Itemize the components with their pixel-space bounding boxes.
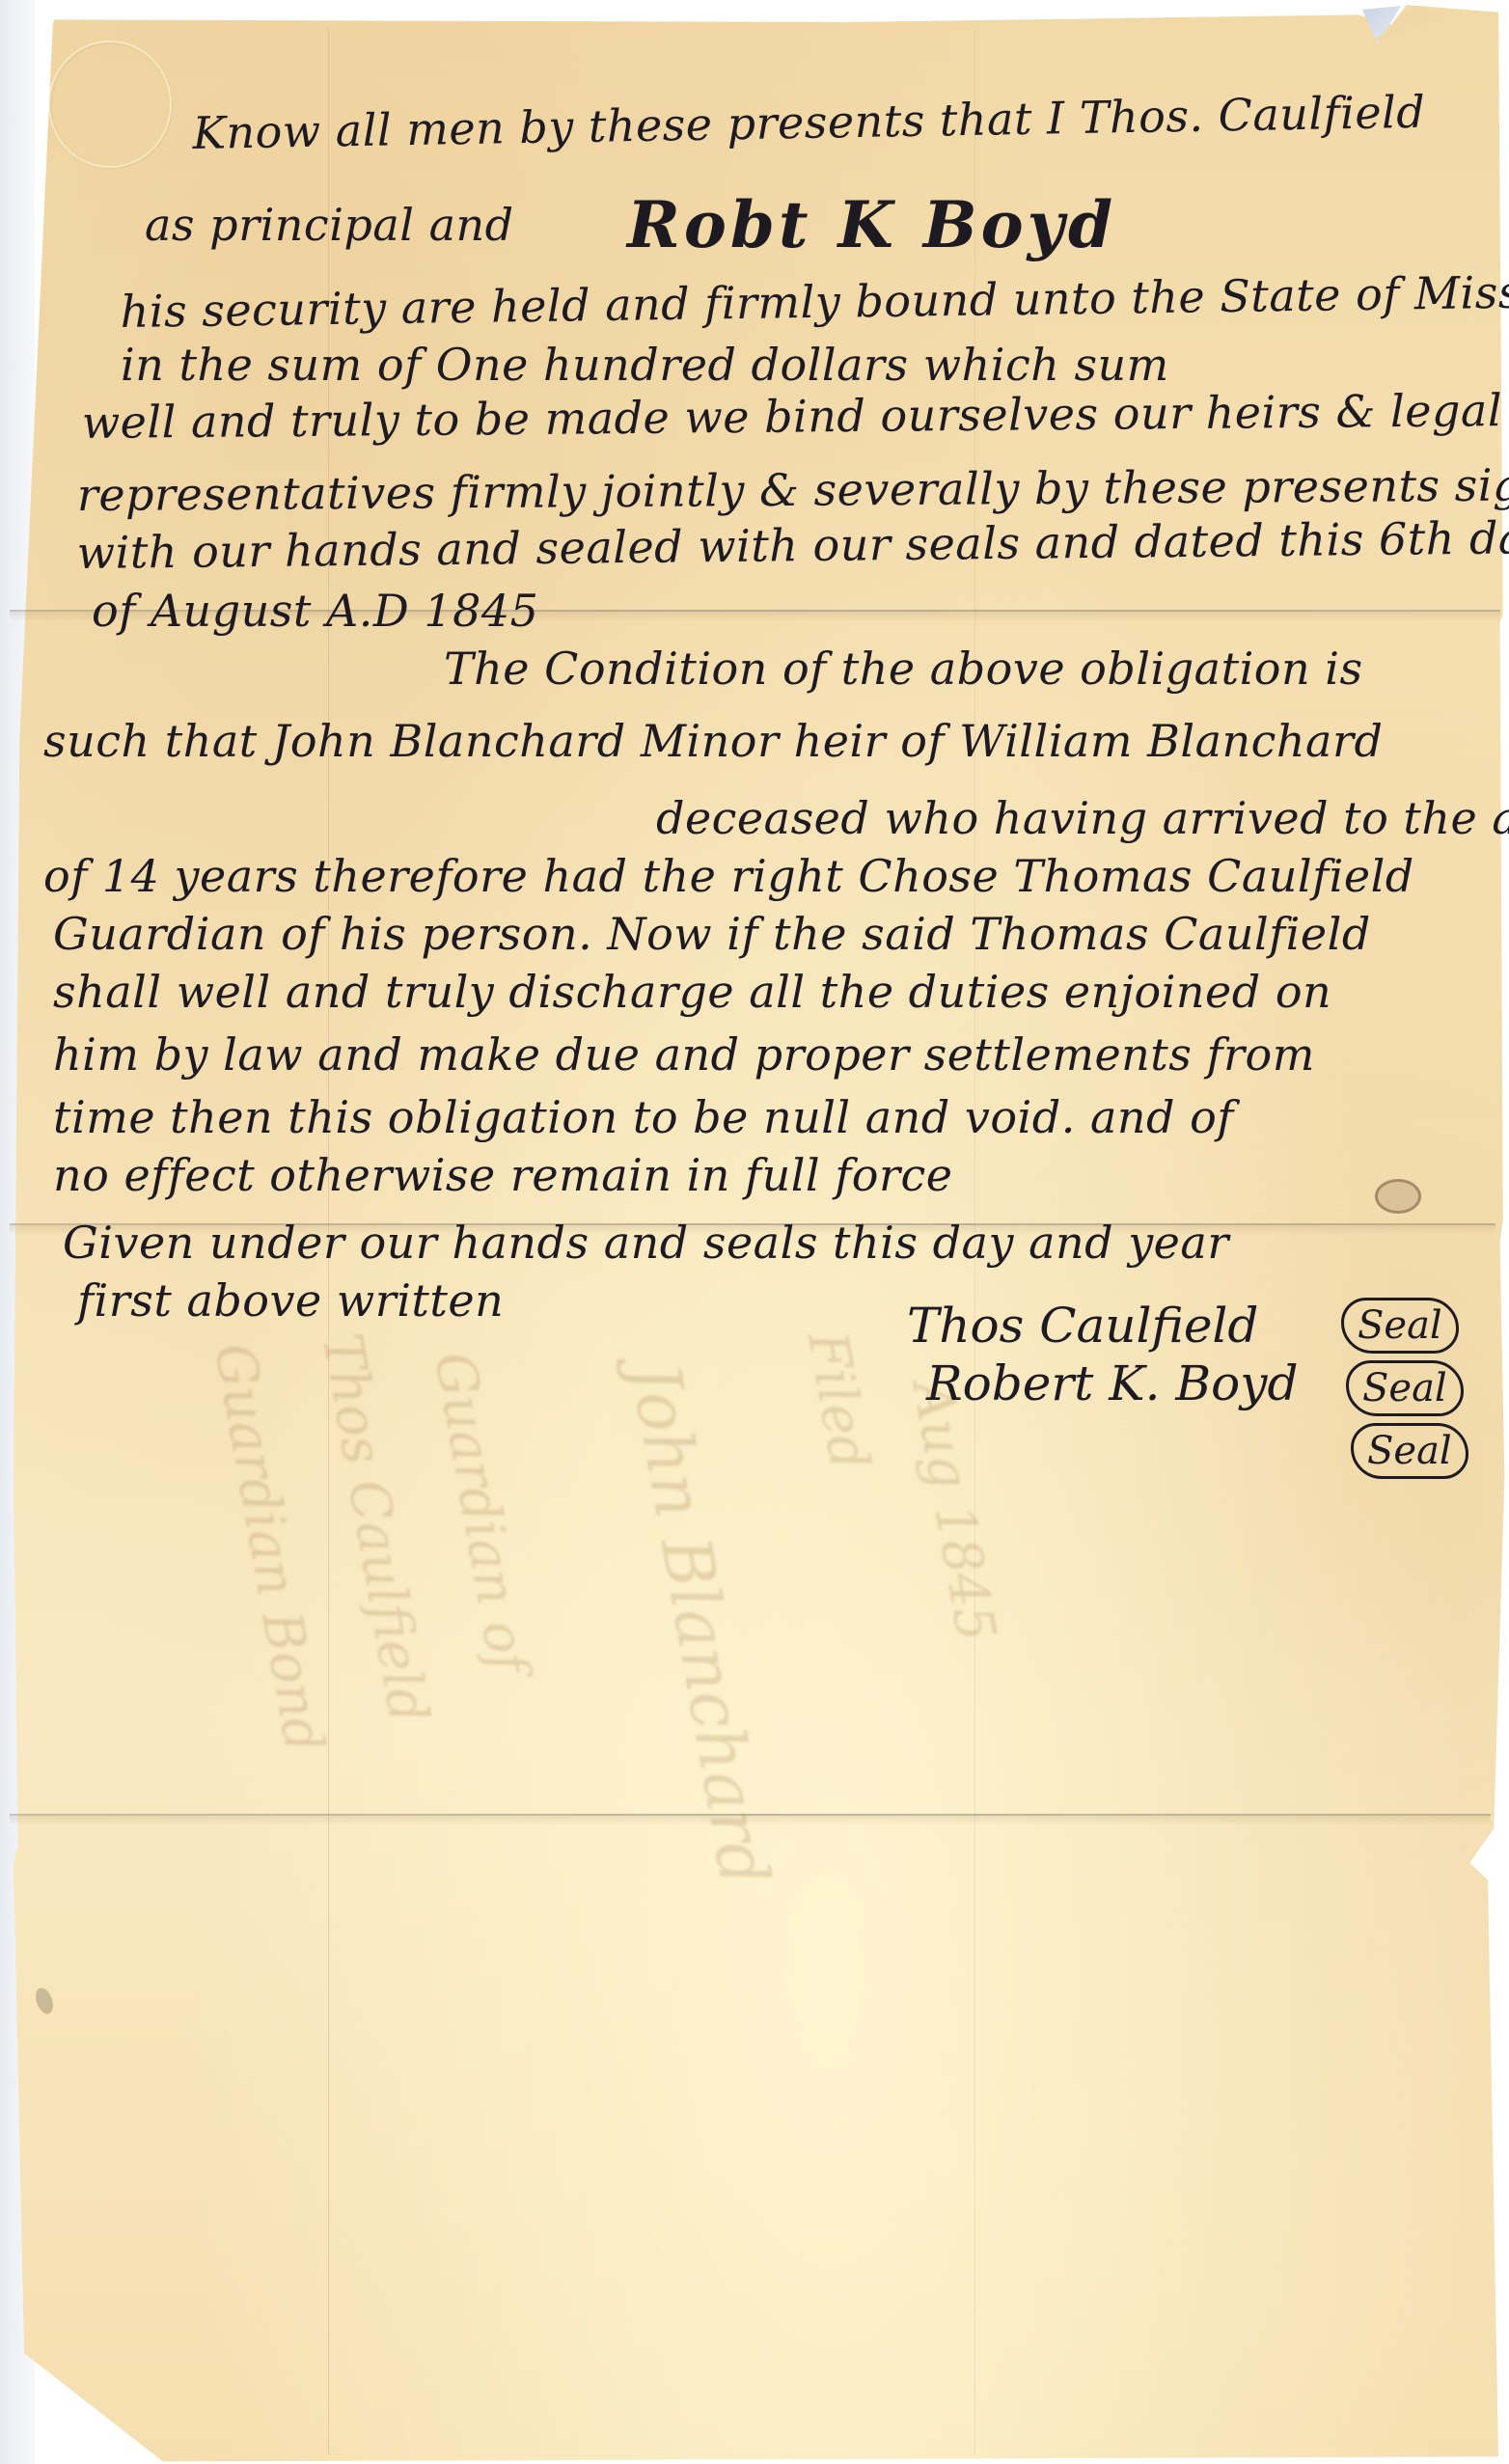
condition-line: no effect otherwise remain in full force (53, 1153, 952, 1197)
condition-line: time then this obligation to be null and… (53, 1095, 1234, 1139)
bond-line: in the sum of One hundred dollars which … (121, 342, 1169, 387)
signature-robert-boyd: Robert K. Boyd (926, 1355, 1298, 1411)
condition-line: deceased who having arrived to the age (656, 796, 1509, 840)
closing-line: first above written (77, 1278, 504, 1323)
condition-line: shall well and truly discharge all the d… (53, 970, 1331, 1014)
condition-line: such that John Blanchard Minor heir of W… (43, 719, 1383, 763)
bond-line: as principal and (145, 203, 514, 247)
seal-mark: Seal (1341, 1298, 1459, 1354)
signature-thomas-caulfield: Thos Caulfield (907, 1298, 1258, 1354)
closing-line: Given under our hands and seals this day… (63, 1220, 1229, 1265)
bond-line: of August A.D 1845 (92, 589, 538, 633)
seal-mark: Seal (1351, 1423, 1468, 1479)
bond-line: with our hands and sealed with our seals… (77, 515, 1509, 575)
condition-line: him by law and make due and proper settl… (53, 1032, 1315, 1077)
embossed-seal-icon (48, 41, 172, 168)
condition-line: of 14 years therefore had the right Chos… (43, 854, 1414, 898)
seal-mark: Seal (1346, 1360, 1464, 1416)
condition-line: The Condition of the above obligation is (444, 646, 1363, 691)
security-name: Robt K Boyd (627, 193, 1116, 257)
bond-line: representatives firmly jointly & several… (77, 462, 1509, 517)
ink-blot (1375, 1179, 1421, 1214)
condition-line: Guardian of his person. Now if the said … (53, 912, 1371, 956)
bond-line: well and truly to be made we bind oursel… (82, 388, 1503, 445)
